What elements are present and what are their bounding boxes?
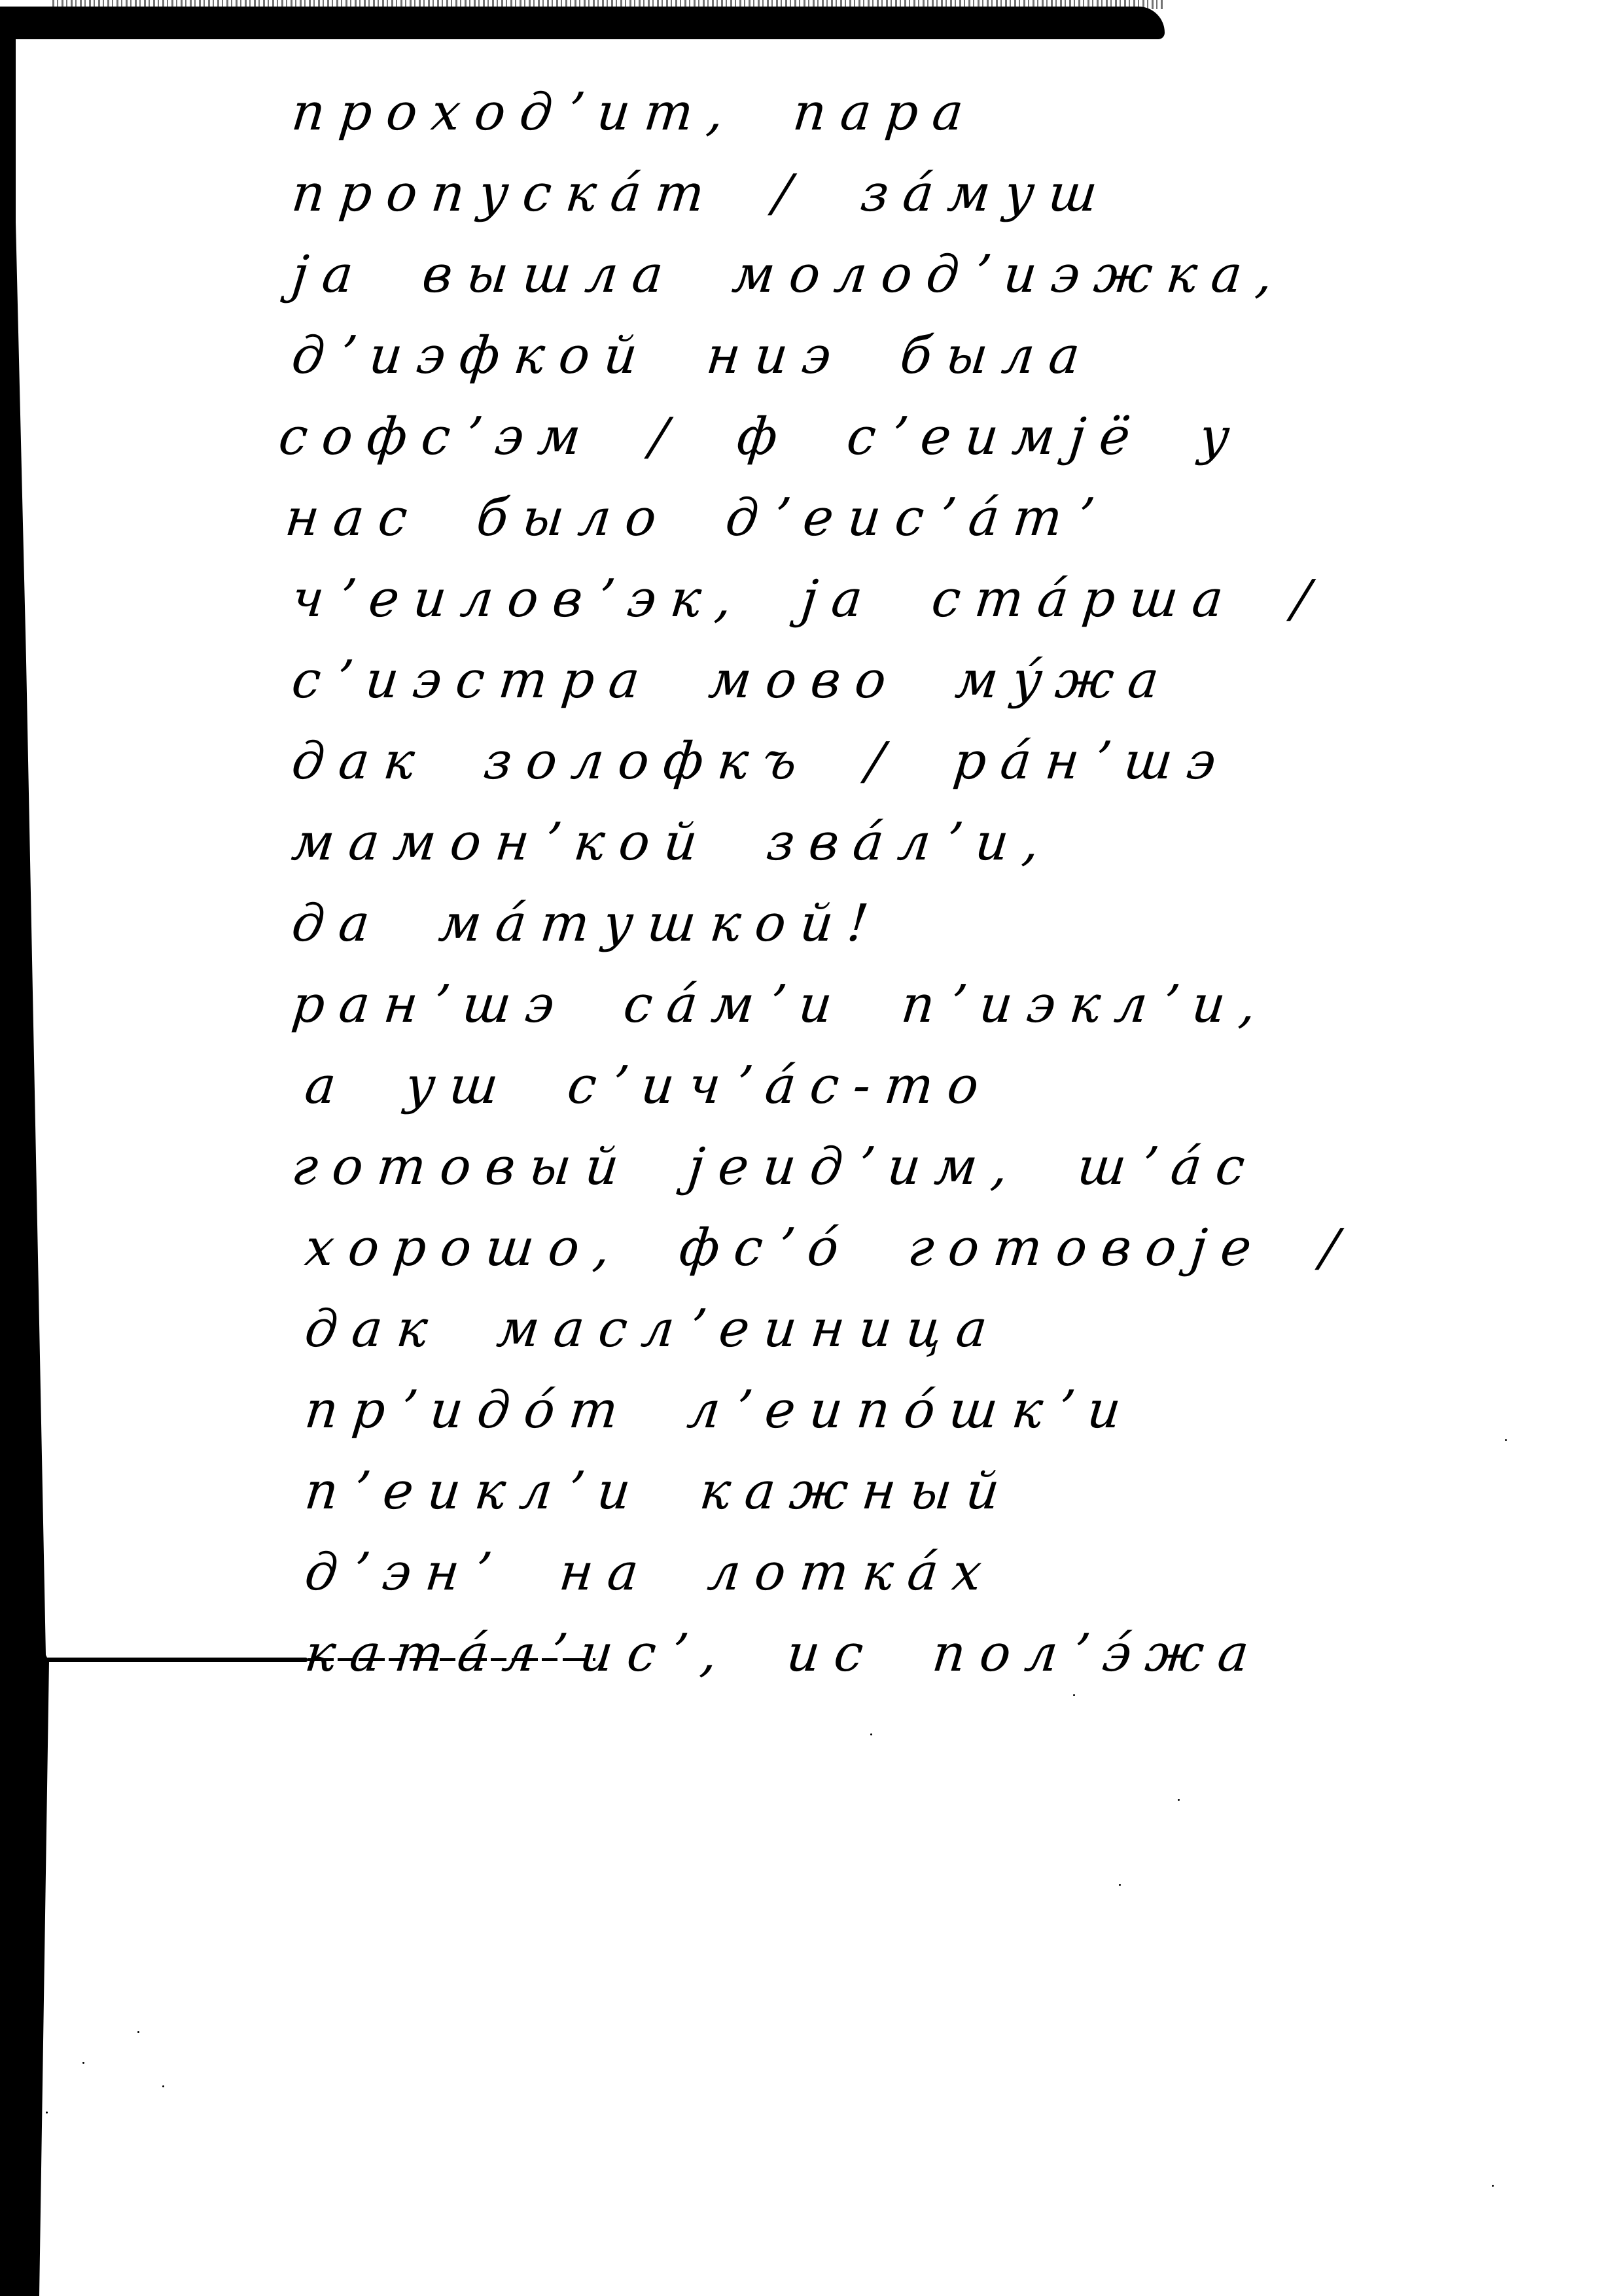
- scan-speck: [1073, 1694, 1075, 1696]
- text-line: дак золофкъ / рáнʼшэ: [288, 721, 1212, 802]
- text-line: ja вышла молодʼиэжка,: [288, 234, 1212, 315]
- text-line: нас было дʼеисʼáтʼ: [281, 478, 1212, 559]
- scan-speck: [1178, 1799, 1180, 1801]
- text-line: готовый jеидʼим, шʼáс: [288, 1126, 1212, 1208]
- scan-speck: [137, 2031, 139, 2033]
- text-line: пропускáт / зáмуш: [288, 153, 1212, 234]
- scan-speck: [1492, 2185, 1494, 2187]
- text-line: мамонʼкой звáлʼи,: [288, 802, 1212, 883]
- text-line: а уш сʼичʼáс-то: [301, 1045, 1212, 1126]
- scan-top-border: [0, 7, 1165, 39]
- scan-speck: [162, 2085, 164, 2087]
- text-line: прʼидóт лʼеипóшкʼи: [301, 1370, 1212, 1451]
- text-line: хорошо, фсʼó готовоje /: [301, 1208, 1212, 1289]
- scan-speck: [82, 2062, 84, 2064]
- text-line: пʼеиклʼи кажный: [301, 1451, 1212, 1532]
- text-line: софсʼэм / ф сʼеимjё у: [275, 396, 1212, 478]
- scan-speck: [870, 1733, 872, 1735]
- page-bottom-edge: [26, 1658, 308, 1662]
- scan-speck: [46, 2112, 48, 2113]
- text-line: дʼиэфкой ниэ была: [288, 315, 1212, 396]
- text-line: катáлʼисʼ, ис полʼэ́жа: [301, 1613, 1212, 1694]
- scan-speck: [1505, 1439, 1507, 1441]
- text-line: дак маслʼеиница: [301, 1289, 1212, 1370]
- text-line: ранʼшэ сáмʼи пʼиэклʼи,: [288, 964, 1212, 1045]
- scan-left-noise: [12, 1655, 31, 2296]
- scan-speck: [1119, 1884, 1121, 1886]
- text-line: чʼеиловʼэк, ja стáрша /: [288, 559, 1212, 640]
- text-line: сʼиэстра мово мýжа: [288, 640, 1212, 721]
- text-line: да мáтушкой!: [288, 883, 1212, 964]
- handwritten-text-block: проходʼит, пара пропускáт / зáмуш ja выш…: [288, 72, 1204, 1694]
- text-line: проходʼит, пара: [288, 72, 1212, 153]
- text-line: дʼэнʼ на лоткáх: [301, 1532, 1212, 1613]
